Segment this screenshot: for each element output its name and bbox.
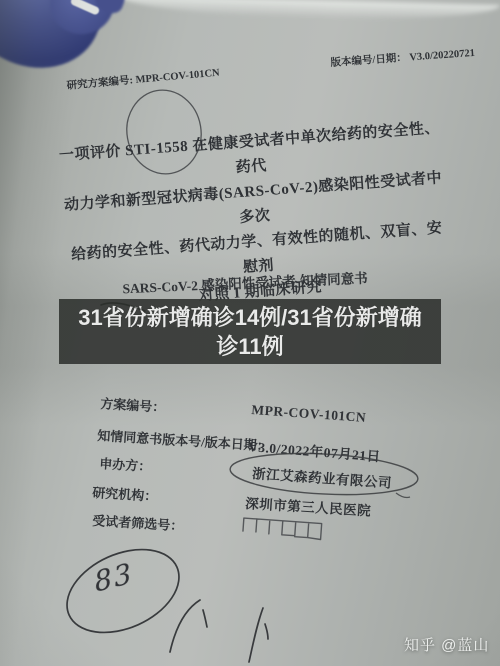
handwritten-scribbles [52, 538, 292, 666]
pen-tick-mark [98, 296, 150, 318]
zhihu-watermark: 知乎 @蓝山 [404, 634, 489, 655]
banner-headline-line2: 诊11例 [59, 332, 441, 361]
form-label-sponsor: 申办方： [99, 453, 152, 475]
form-label-screening-number: 受试者筛选号： [92, 510, 184, 535]
photo-frame: 研究方案编号: MPR-COV-101CN 版本编号/日期： V3.0/2022… [0, 0, 500, 666]
version-line: 版本编号/日期： V3.0/20220721 [330, 45, 475, 70]
form-label-site: 研究机构： [92, 482, 158, 505]
form-label-protocol: 方案编号： [100, 393, 166, 416]
form-value-protocol: MPR-COV-101CN [251, 402, 367, 426]
